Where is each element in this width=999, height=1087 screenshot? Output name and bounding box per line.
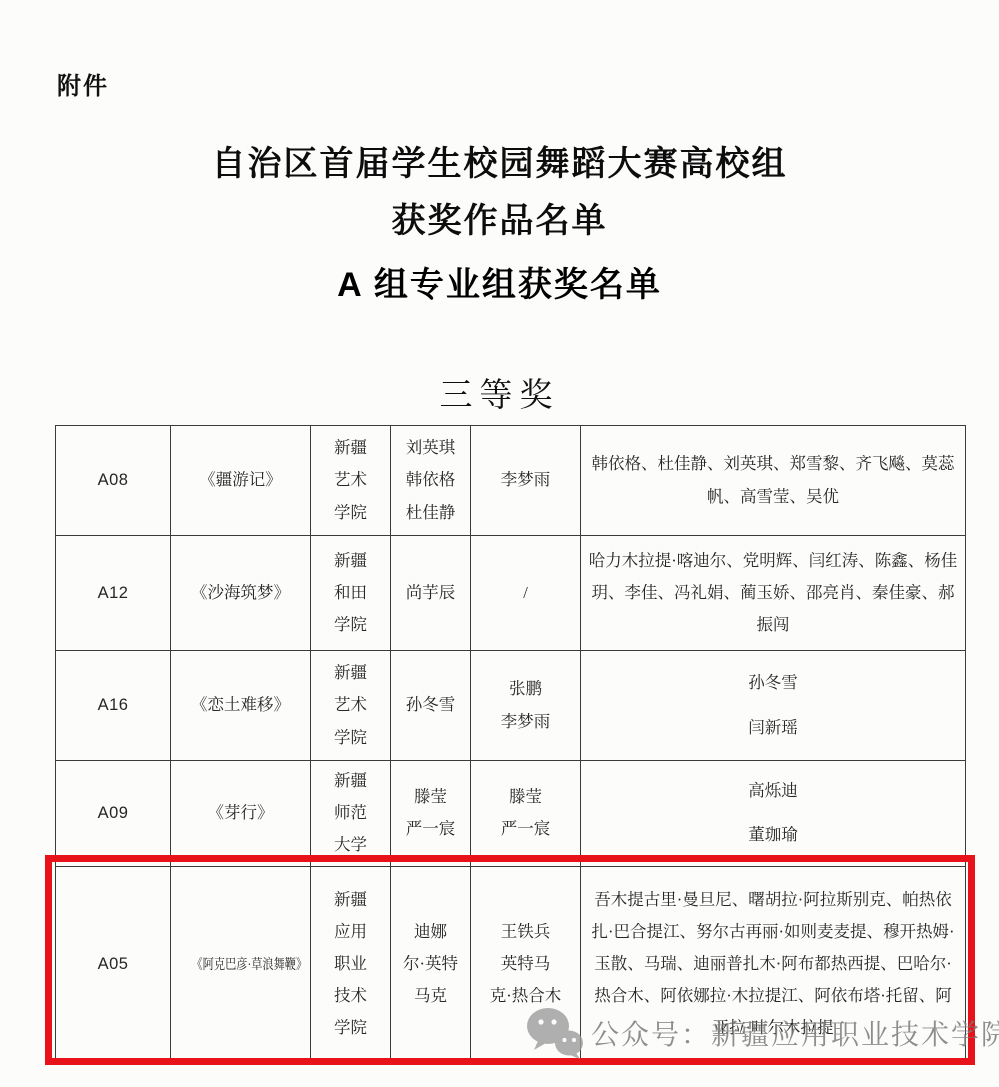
cell-entry-id: A09 xyxy=(56,761,171,867)
document-page: 附件 自治区首届学生校园舞蹈大赛高校组 获奖作品名单 A 组专业组获奖名单 三等… xyxy=(0,0,999,1087)
cell-instructor: 滕莹 严一宸 xyxy=(471,761,581,867)
cell-choreographer: 尚芋辰 xyxy=(391,536,471,651)
award-level-heading: 三等奖 xyxy=(0,369,999,416)
document-title-line2: 获奖作品名单 xyxy=(0,193,999,242)
document-title-line1: 自治区首届学生校园舞蹈大赛高校组 xyxy=(0,136,999,185)
cell-performers: 哈力木拉提·喀迪尔、党明辉、闫红涛、陈鑫、杨佳玥、李佳、冯礼娟、蔺玉娇、邵亮肖、… xyxy=(581,536,966,651)
attachment-label: 附件 xyxy=(57,66,109,101)
wechat-icon xyxy=(524,1006,586,1060)
cell-choreographer: 滕莹 严一宸 xyxy=(391,761,471,867)
watermark: 公众号：新疆应用职业技术学院 xyxy=(524,1006,999,1060)
cell-entry-id: A16 xyxy=(56,651,171,761)
table-row: A09 《芽行》 新疆 师范 大学 滕莹 严一宸 滕莹 严一宸 高烁迪 董珈瑜 xyxy=(56,761,966,867)
cell-work-title: 《恋土难移》 xyxy=(171,651,311,761)
cell-school: 新疆 艺术 学院 xyxy=(311,651,391,761)
table-row: A08 《疆游记》 新疆 艺术 学院 刘英琪 韩依格 杜佳静 李梦雨 韩依格、杜… xyxy=(56,426,966,536)
cell-school: 新疆 和田 学院 xyxy=(311,536,391,651)
section-title: A 组专业组获奖名单 xyxy=(0,257,999,306)
cell-work-title: 《阿克巴彦·草浪舞鞭》 xyxy=(171,866,311,1062)
cell-performers: 韩依格、杜佳静、刘英琪、郑雪黎、齐飞飚、莫蕊帆、高雪莹、吴优 xyxy=(581,426,966,536)
cell-school: 新疆 师范 大学 xyxy=(311,761,391,867)
cell-entry-id: A12 xyxy=(56,536,171,651)
cell-school: 新疆 艺术 学院 xyxy=(311,426,391,536)
cell-school: 新疆 应用 职业 技术 学院 xyxy=(311,866,391,1062)
cell-entry-id: A05 xyxy=(56,866,171,1062)
cell-work-title: 《芽行》 xyxy=(171,761,311,867)
cell-performers: 孙冬雪 闫新瑶 xyxy=(581,651,966,761)
awards-table: A08 《疆游记》 新疆 艺术 学院 刘英琪 韩依格 杜佳静 李梦雨 韩依格、杜… xyxy=(55,425,966,1063)
cell-instructor: 李梦雨 xyxy=(471,426,581,536)
cell-instructor: / xyxy=(471,536,581,651)
cell-performers: 高烁迪 董珈瑜 xyxy=(581,761,966,867)
cell-instructor: 张鹏 李梦雨 xyxy=(471,651,581,761)
cell-choreographer: 迪娜 尔·英特 马克 xyxy=(391,866,471,1062)
work-title-text: 《阿克巴彦·草浪舞鞭》 xyxy=(191,952,307,979)
cell-work-title: 《沙海筑梦》 xyxy=(171,536,311,651)
cell-choreographer: 刘英琪 韩依格 杜佳静 xyxy=(391,426,471,536)
cell-entry-id: A08 xyxy=(56,426,171,536)
cell-choreographer: 孙冬雪 xyxy=(391,651,471,761)
table-row: A16 《恋土难移》 新疆 艺术 学院 孙冬雪 张鹏 李梦雨 孙冬雪 闫新瑶 xyxy=(56,651,966,761)
table-row: A12 《沙海筑梦》 新疆 和田 学院 尚芋辰 / 哈力木拉提·喀迪尔、党明辉、… xyxy=(56,536,966,651)
cell-work-title: 《疆游记》 xyxy=(171,426,311,536)
watermark-text: 公众号：新疆应用职业技术学院 xyxy=(591,1013,999,1053)
